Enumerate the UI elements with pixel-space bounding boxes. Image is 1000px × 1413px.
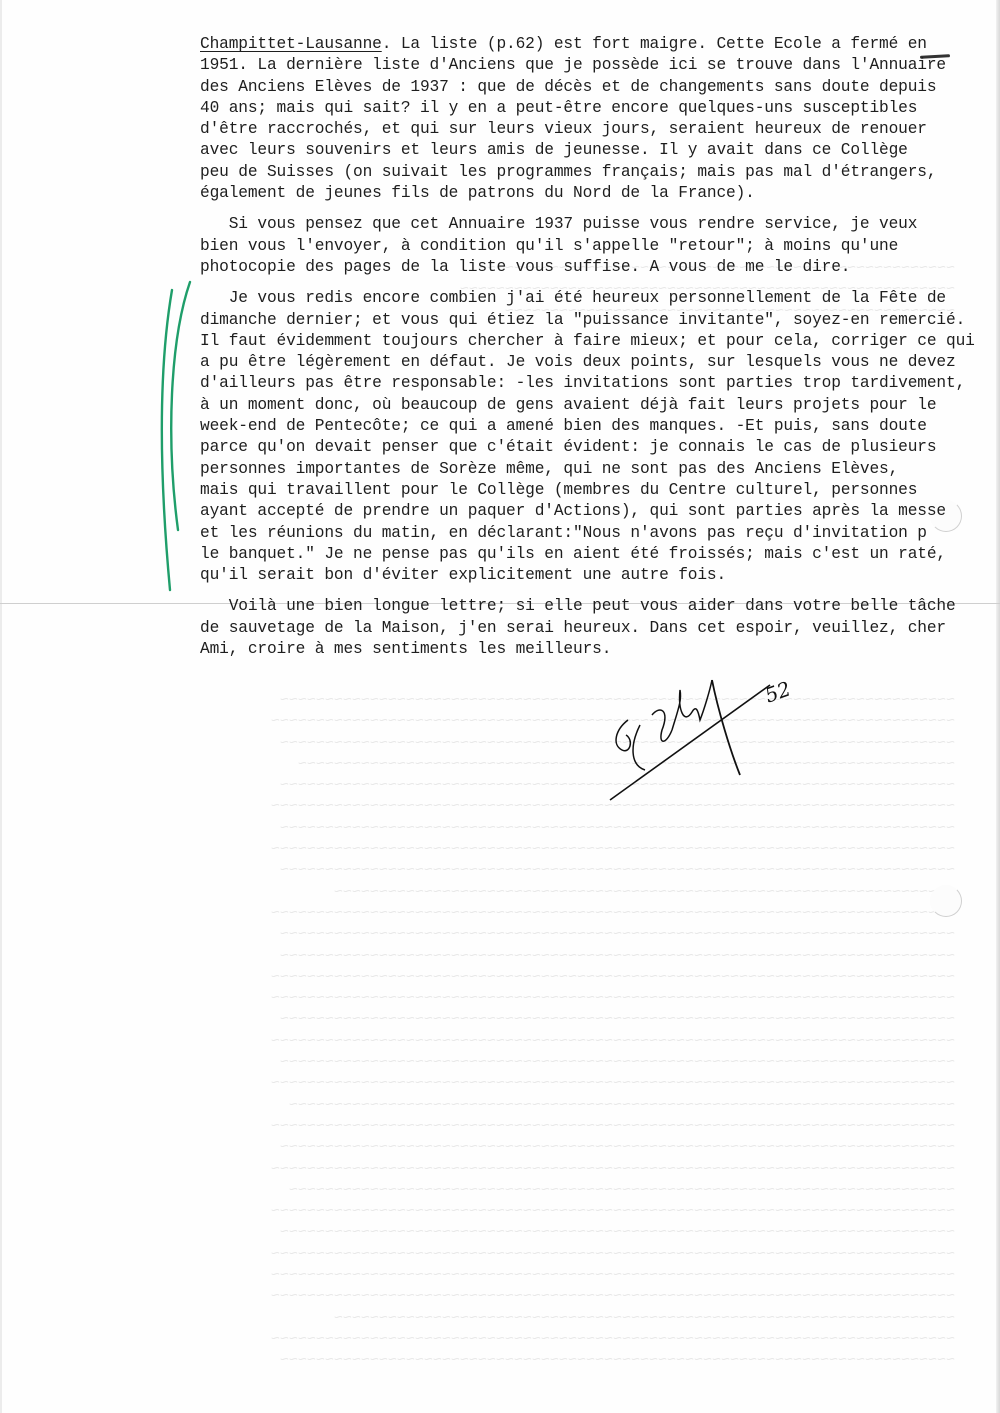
text-line: Il faut évidemment toujours chercher à f… bbox=[200, 331, 960, 352]
letter-paragraph: Si vous pensez que cet Annuaire 1937 pui… bbox=[200, 214, 960, 278]
letter-paragraph: Champittet-Lausanne. La liste (p.62) est… bbox=[200, 34, 960, 204]
letter-paragraph: Voilà une bien longue lettre; si elle pe… bbox=[200, 596, 960, 660]
text-line: avec leurs souvenirs et leurs amis de je… bbox=[200, 140, 960, 161]
text-line: Voilà une bien longue lettre; si elle pe… bbox=[200, 596, 960, 617]
bleed-through-texture-lower: ~~~~~~~~~~~~~~~~~~~~~~~~~~~~~~~~~~~~~~~~… bbox=[195, 690, 955, 1372]
paragraph-gap bbox=[200, 204, 960, 214]
text-line: personnes importantes de Sorèze même, qu… bbox=[200, 459, 960, 480]
text-line: Champittet-Lausanne. La liste (p.62) est… bbox=[200, 34, 960, 55]
text-line: Si vous pensez que cet Annuaire 1937 pui… bbox=[200, 214, 960, 235]
letter-page: ~~~~~~~~~~~~~~~~~~~~~~~~~~~~~~~~~~~~~~~~… bbox=[0, 0, 1000, 1413]
text-line: a pu être légèrement en défaut. Je vois … bbox=[200, 352, 960, 373]
text-line: peu de Suisses (on suivait les programme… bbox=[200, 162, 960, 183]
text-line: d'être raccrochés, et qui sur leurs vieu… bbox=[200, 119, 960, 140]
paragraph-gap bbox=[200, 586, 960, 596]
text-line: et les réunions du matin, en déclarant:"… bbox=[200, 523, 960, 544]
text-line: à un moment donc, où beaucoup de gens av… bbox=[200, 395, 960, 416]
letter-body: Champittet-Lausanne. La liste (p.62) est… bbox=[200, 34, 960, 660]
text-line: Ami, croire à mes sentiments les meilleu… bbox=[200, 639, 960, 660]
text-line: ayant accepté de prendre un paquer d'Act… bbox=[200, 501, 960, 522]
text-line: parce qu'on devait penser que c'était év… bbox=[200, 437, 960, 458]
letter-paragraph: Je vous redis encore combien j'ai été he… bbox=[200, 288, 960, 586]
text-line: week-end de Pentecôte; ce qui a amené bi… bbox=[200, 416, 960, 437]
text-line: 1951. La dernière liste d'Anciens que je… bbox=[200, 55, 960, 76]
text-line: d'ailleurs pas être responsable: -les in… bbox=[200, 373, 960, 394]
punch-hole-lower bbox=[930, 885, 962, 917]
text-line: le banquet." Je ne pense pas qu'ils en a… bbox=[200, 544, 960, 565]
text-line: bien vous l'envoyer, à condition qu'il s… bbox=[200, 236, 960, 257]
page-edge-right bbox=[996, 0, 1000, 1413]
text-line: de sauvetage de la Maison, j'en serai he… bbox=[200, 618, 960, 639]
text-line: également de jeunes fils de patrons du N… bbox=[200, 183, 960, 204]
text-line: 40 ans; mais qui sait? il y en a peut-êt… bbox=[200, 98, 960, 119]
text-line: photocopie des pages de la liste vous su… bbox=[200, 257, 960, 278]
underlined-heading-term: Champittet-Lausanne bbox=[200, 35, 382, 53]
paragraph-gap bbox=[200, 278, 960, 288]
text-line: des Anciens Elèves de 1937 : que de décè… bbox=[200, 77, 960, 98]
text-line: dimanche dernier; et vous qui étiez la "… bbox=[200, 310, 960, 331]
handwritten-signature-icon bbox=[600, 650, 800, 810]
text-line: Je vous redis encore combien j'ai été he… bbox=[200, 288, 960, 309]
letter-paragraphs: Champittet-Lausanne. La liste (p.62) est… bbox=[200, 34, 960, 660]
text-line: mais qui travaillent pour le Collège (me… bbox=[200, 480, 960, 501]
page-edge-left bbox=[0, 0, 2, 1413]
text-line: qu'il serait bon d'éviter explicitement … bbox=[200, 565, 960, 586]
